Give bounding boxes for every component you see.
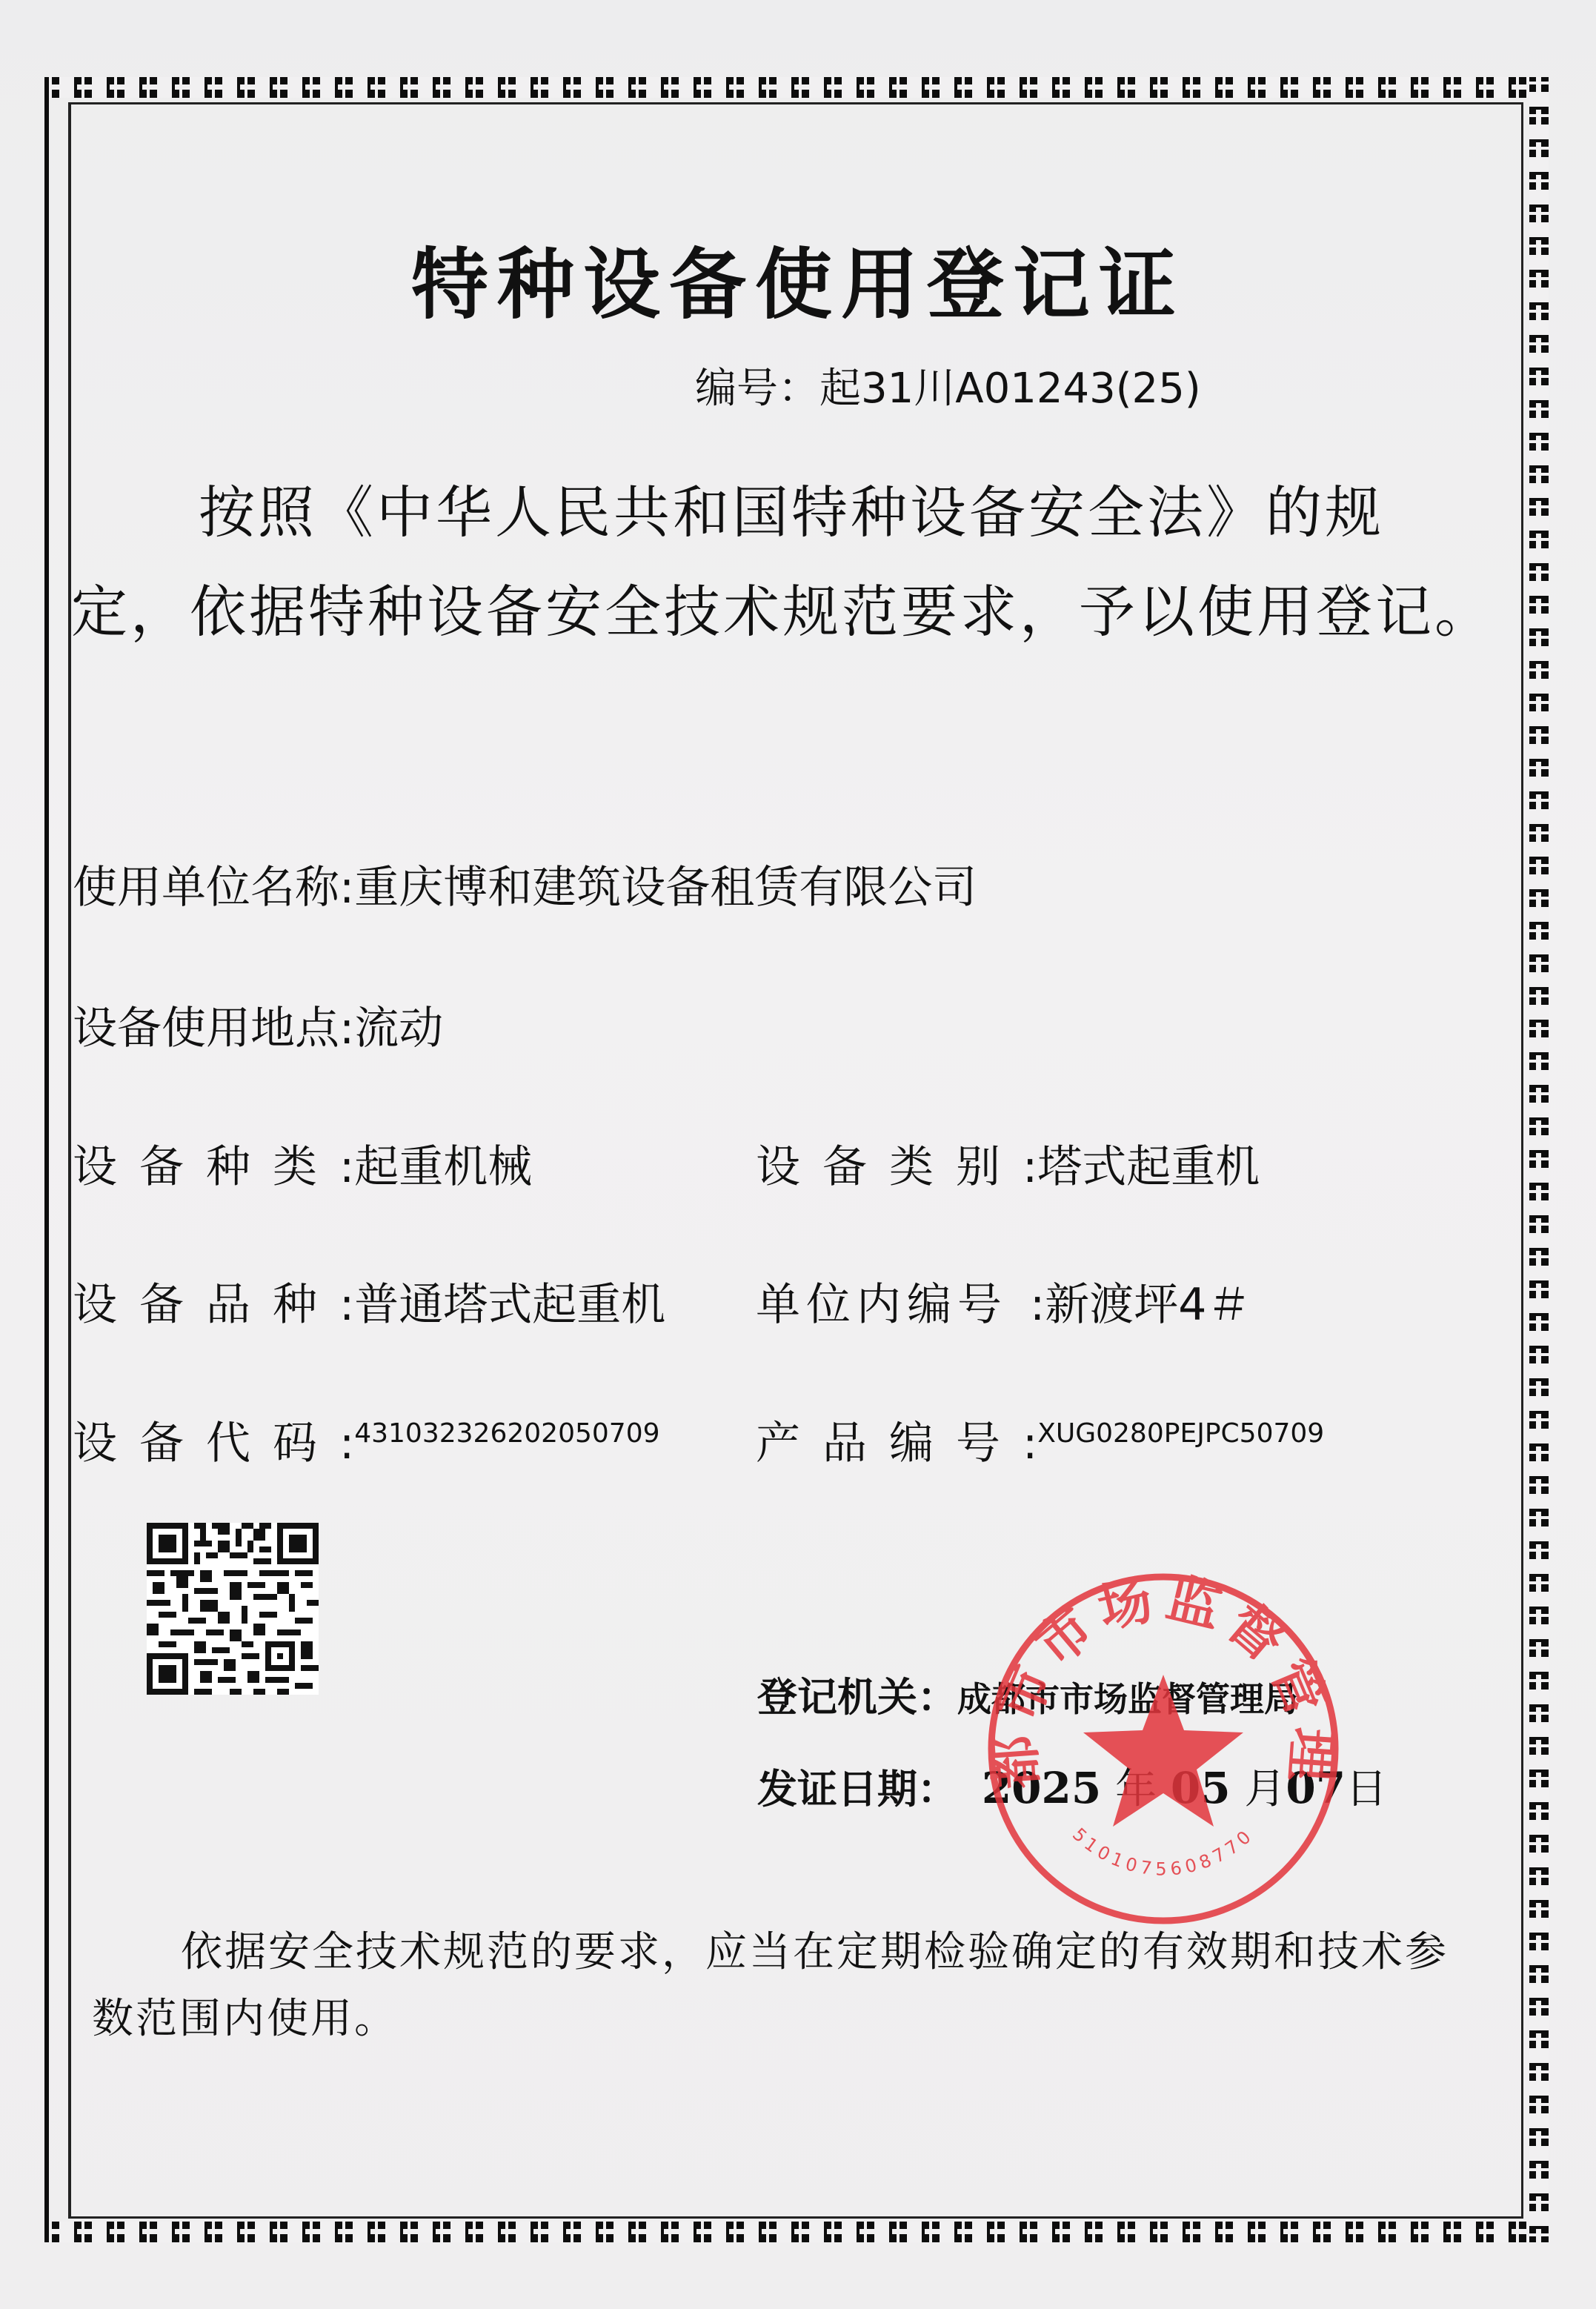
field-equipment-variety: 设备品种:普通塔式起重机 xyxy=(73,1269,665,1333)
field-value: 塔式起重机 xyxy=(1037,1141,1260,1193)
border-top xyxy=(44,77,1549,98)
certificate-number: 编号：起31川A01243(25) xyxy=(695,356,1201,415)
field-label: 设备代码 xyxy=(73,1418,339,1469)
day-unit: 日 xyxy=(1346,1765,1387,1813)
official-seal: 成都市市场监督管理局 5101075608770 xyxy=(978,1564,1349,1934)
field-user-unit: 使用单位名称:重庆博和建筑设备租赁有限公司 xyxy=(73,852,977,916)
field-value: 新渡坪4＃ xyxy=(1045,1279,1251,1331)
field-location: 设备使用地点:流动 xyxy=(73,993,443,1057)
colon: : xyxy=(1023,1141,1037,1193)
border-bottom xyxy=(44,2222,1549,2242)
footer-paragraph: 依据安全技术规范的要求，应当在定期检验确定的有效期和技术参数范围内使用。 xyxy=(92,1919,1485,2053)
field-equipment-type: 设备种类:起重机械 xyxy=(73,1132,532,1195)
border-left xyxy=(44,77,49,2242)
issue-date-label: 发证日期： xyxy=(757,1765,957,1813)
field-value: 起重机械 xyxy=(354,1141,532,1193)
field-equipment-category: 设备类别:塔式起重机 xyxy=(756,1132,1260,1195)
field-product-number: 产品编号:XUG0280PEJPC50709 xyxy=(756,1408,1324,1472)
svg-text:5101075608770: 5101075608770 xyxy=(1068,1824,1258,1879)
field-value: 流动 xyxy=(354,1003,443,1054)
qr-code[interactable] xyxy=(147,1523,319,1695)
field-value: 普通塔式起重机 xyxy=(354,1279,665,1331)
colon: : xyxy=(1030,1279,1045,1331)
authority-label: 登记机关： xyxy=(757,1673,957,1721)
certificate-paper: 特种设备使用登记证 编号：起31川A01243(25) 按照《中华人民共和国特种… xyxy=(0,0,1596,2309)
field-label: 单位内编号 xyxy=(756,1279,1008,1331)
seal-star-icon: 成都市市场监督管理局 5101075608770 xyxy=(978,1564,1349,1934)
field-equipment-code: 设备代码:431032326202050709 xyxy=(73,1408,660,1472)
field-value: 重庆博和建筑设备租赁有限公司 xyxy=(354,862,977,914)
field-value: 431032326202050709 xyxy=(354,1418,659,1449)
colon: : xyxy=(1023,1418,1037,1469)
field-label: 设备品种 xyxy=(73,1279,339,1331)
field-label: 设备种类 xyxy=(73,1141,339,1193)
field-internal-number: 单位内编号:新渡坪4＃ xyxy=(756,1269,1251,1333)
colon: : xyxy=(339,862,354,914)
intro-paragraph: 按照《中华人民共和国特种设备安全法》的规定，依据特种设备安全技术规范要求，予以使… xyxy=(71,463,1501,662)
qr-code-icon xyxy=(147,1523,319,1695)
field-label: 设备使用地点 xyxy=(73,1003,339,1054)
colon: : xyxy=(339,1418,354,1469)
field-value: XUG0280PEJPC50709 xyxy=(1037,1418,1324,1449)
certificate-number-label: 编号： xyxy=(695,365,819,413)
field-label: 产品编号 xyxy=(756,1418,1023,1469)
colon: : xyxy=(339,1141,354,1193)
field-label: 使用单位名称 xyxy=(73,862,339,914)
colon: : xyxy=(339,1279,354,1331)
colon: : xyxy=(339,1003,354,1054)
certificate-number-value: 起31川A01243(25) xyxy=(819,365,1201,413)
border-right xyxy=(1529,77,1549,2242)
field-label: 设备类别 xyxy=(756,1141,1023,1193)
certificate-title: 特种设备使用登记证 xyxy=(0,222,1596,333)
